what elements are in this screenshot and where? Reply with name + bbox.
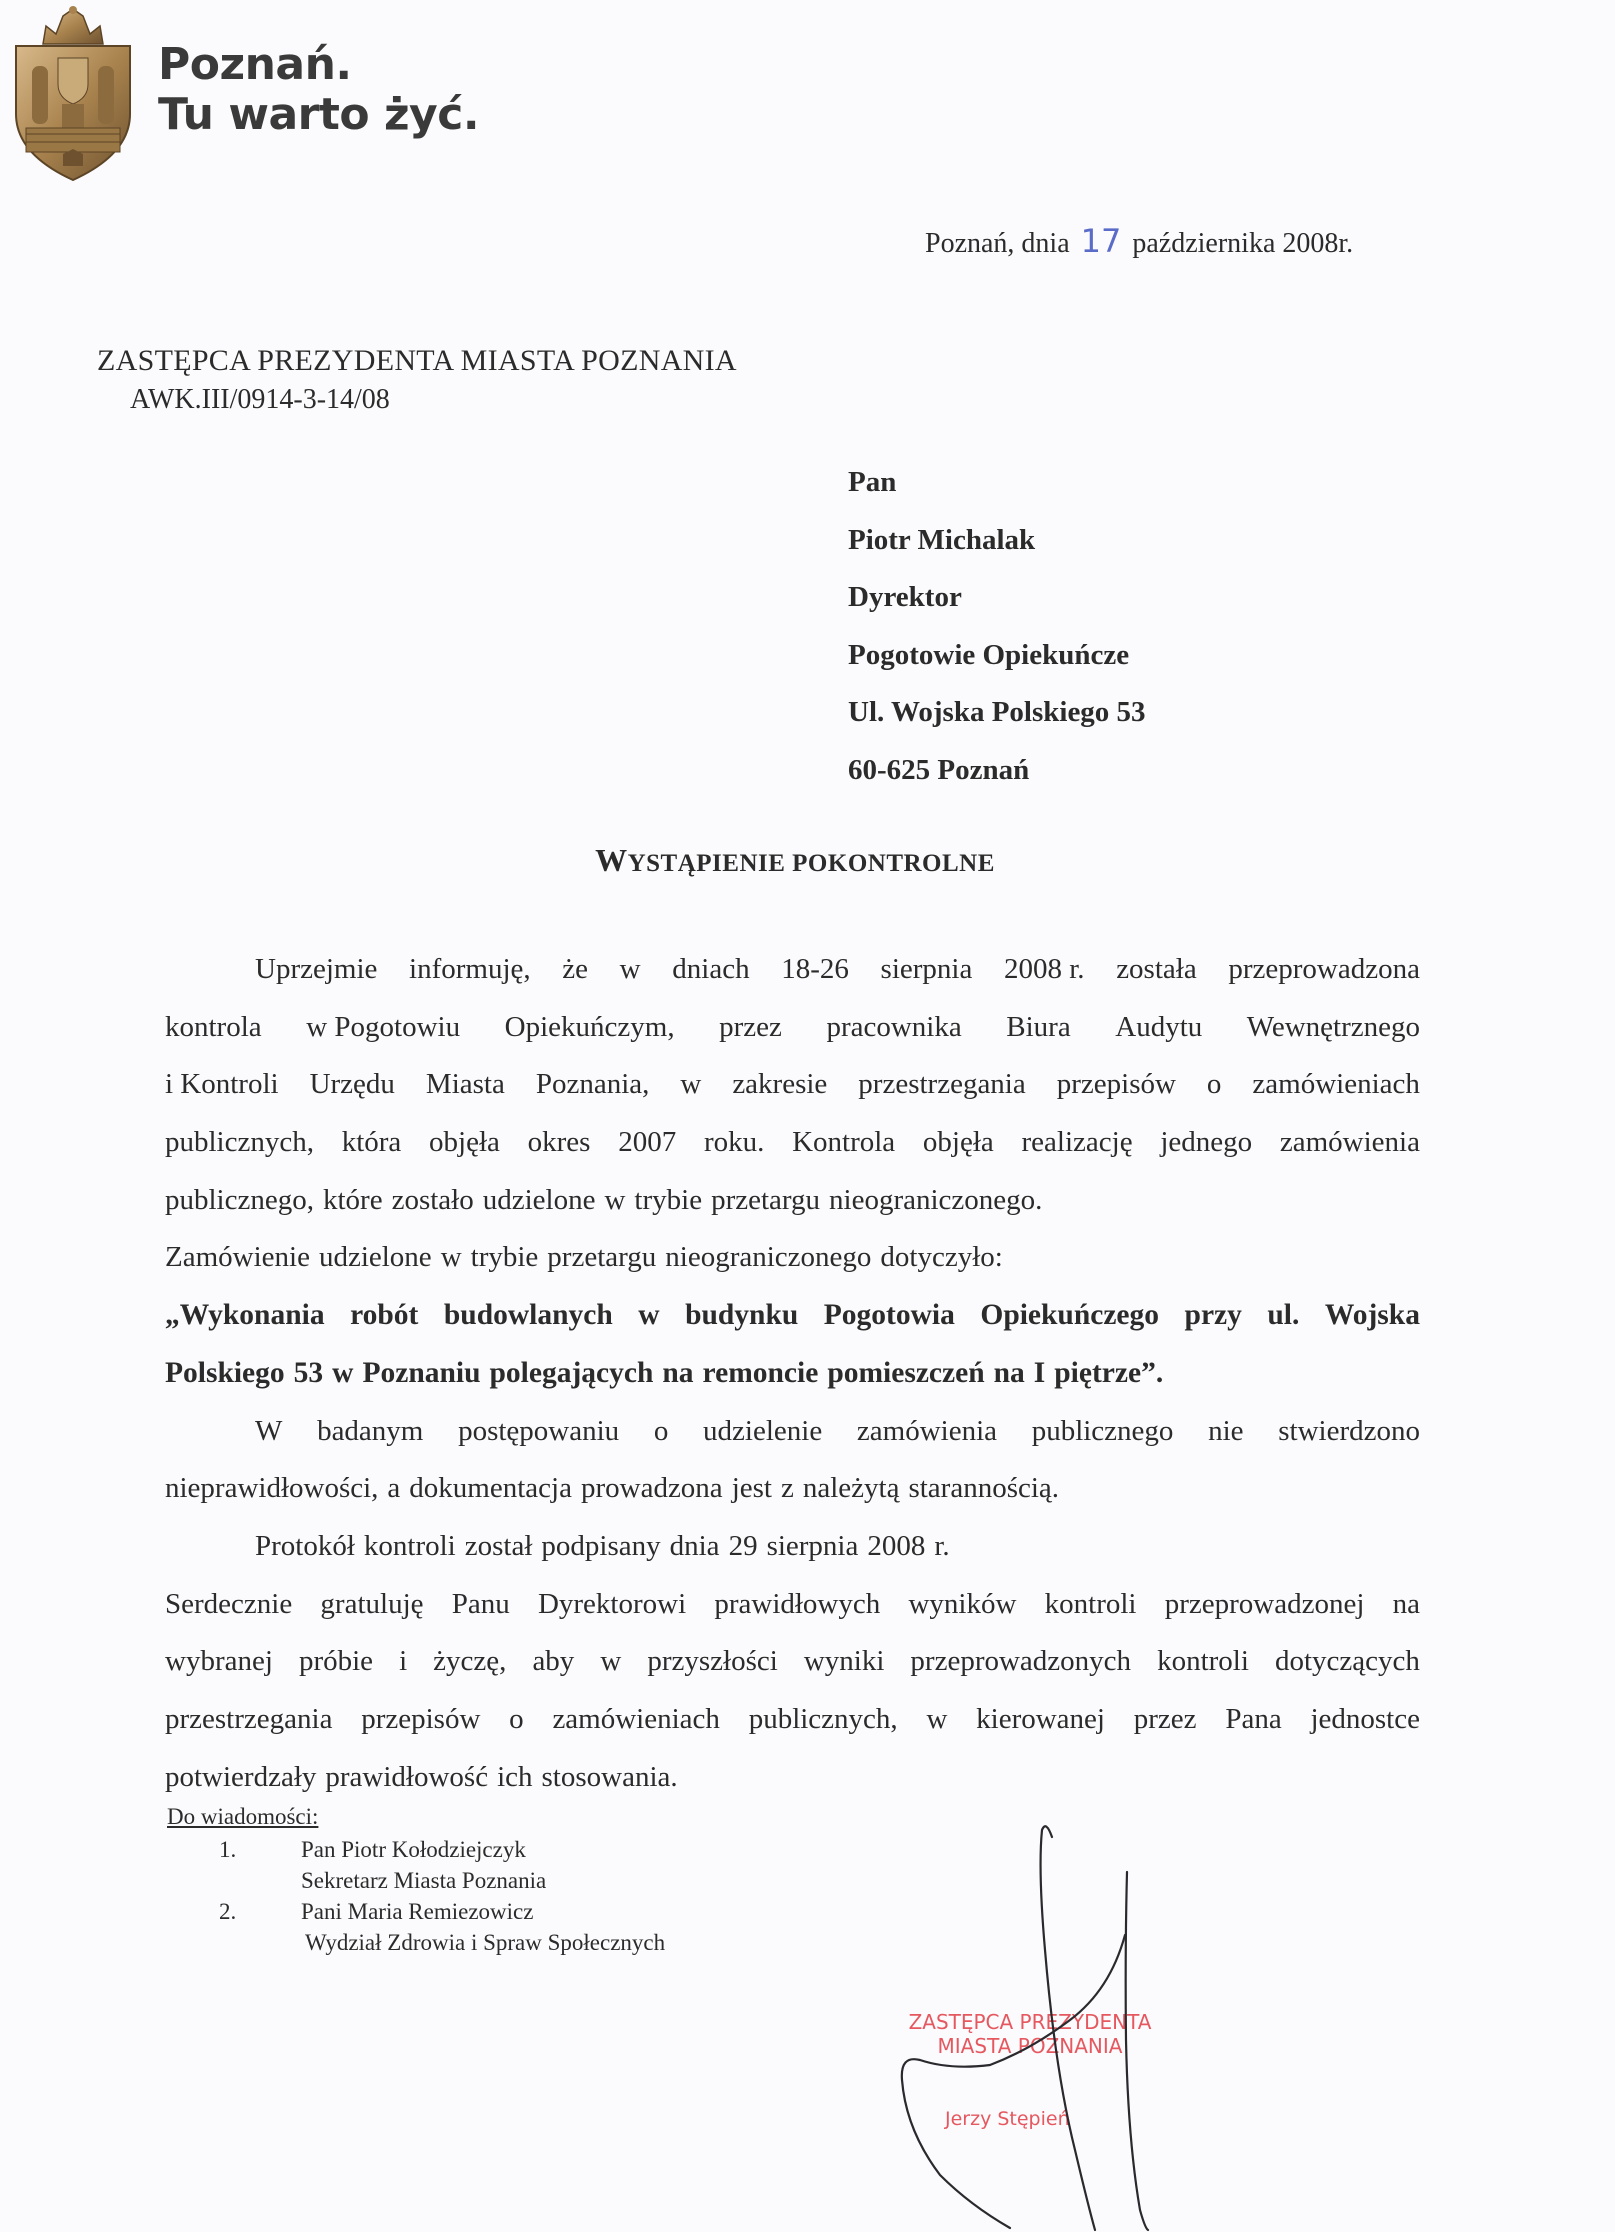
body-word: 18-26 xyxy=(781,948,849,1006)
body-word: Zamówienie xyxy=(165,1236,310,1294)
body-word: przepisów xyxy=(361,1698,480,1756)
body-word: próbie xyxy=(299,1640,373,1698)
body-word: r. xyxy=(934,1525,949,1583)
body-word: wyniki xyxy=(804,1640,885,1698)
body-word: przez xyxy=(719,1006,782,1064)
cc-item-role-row: Wydział Zdrowia i Spraw Społecznych xyxy=(167,1927,665,1958)
recipient-street: Ul. Wojska Polskiego 53 xyxy=(848,692,1146,750)
cc-item-name: Pan Piotr Kołodziejczyk xyxy=(271,1834,526,1865)
body-word: dotyczyło: xyxy=(880,1236,1002,1294)
body-word: budowlanych xyxy=(444,1294,613,1352)
cc-item-number: 2. xyxy=(167,1896,271,1927)
body-word: jest xyxy=(732,1467,772,1525)
recipient-address: Pan Piotr Michalak Dyrektor Pogotowie Op… xyxy=(848,462,1146,807)
body-word: która xyxy=(342,1121,402,1179)
body-word: Dyrektorowi xyxy=(538,1583,686,1641)
body-word: przy xyxy=(1185,1294,1242,1352)
body-line: przestrzeganiaprzepisówozamówieniachpubl… xyxy=(165,1698,1420,1756)
poznan-crest-icon xyxy=(8,4,138,182)
date-suffix: października 2008r. xyxy=(1132,228,1353,259)
cc-item-role: Sekretarz Miasta Poznania xyxy=(271,1865,546,1896)
body-word: pracownika xyxy=(826,1006,961,1064)
body-word: nieprawidłowości, xyxy=(165,1467,378,1525)
body-word: trybie xyxy=(634,1179,702,1237)
body-line: Protokółkontrolizostałpodpisanydnia29sie… xyxy=(165,1525,1420,1583)
body-word: nieograniczonego xyxy=(665,1236,871,1294)
body-word: kierowanej xyxy=(976,1698,1105,1756)
body-word: zostało xyxy=(392,1179,474,1237)
body-word: 29 xyxy=(729,1525,758,1583)
body-word: publicznych, xyxy=(749,1698,898,1756)
body-word: kontroli xyxy=(1157,1640,1249,1698)
body-word: życzę, xyxy=(433,1640,506,1698)
body-word: zamówienia xyxy=(1280,1121,1420,1179)
body-word: Wojska xyxy=(1325,1294,1420,1352)
heading-rest: YSTĄPIENIE POKONTROLNE xyxy=(628,850,995,877)
cc-item-role-row: Sekretarz Miasta Poznania xyxy=(167,1865,665,1896)
brand-line-city: Poznań. xyxy=(158,40,479,90)
body-word: w xyxy=(926,1698,947,1756)
body-word: a xyxy=(387,1467,400,1525)
body-line: Zamówienieudzielonewtrybie przetargunieo… xyxy=(165,1236,1420,1294)
body-word: I xyxy=(1034,1352,1045,1410)
body-word: publicznego xyxy=(1032,1410,1174,1468)
body-word: starannością. xyxy=(908,1467,1059,1525)
body-word: objęła xyxy=(429,1121,500,1179)
body-word: przez xyxy=(1134,1698,1197,1756)
body-word: i Kontroli xyxy=(165,1063,279,1121)
body-word: przetargu xyxy=(547,1236,656,1294)
body-word: kontroli xyxy=(1045,1583,1137,1641)
body-word: o xyxy=(509,1698,524,1756)
body-line: Uprzejmieinformuję,żewdniach18-26sierpni… xyxy=(165,948,1420,1006)
body-word: prawidłowych xyxy=(714,1583,880,1641)
body-word: publicznego, xyxy=(165,1179,314,1237)
date-day-handwritten: 17 xyxy=(1081,222,1122,260)
body-word: udzielone xyxy=(483,1179,596,1237)
body-word: w xyxy=(604,1179,625,1237)
body-word: Pana xyxy=(1225,1698,1281,1756)
body-word: o xyxy=(654,1410,669,1468)
body-word: prowadzona xyxy=(581,1467,723,1525)
letter-date: Poznań, dnia 17 października 2008r. xyxy=(925,222,1353,260)
body-word: stwierdzono xyxy=(1278,1410,1420,1468)
body-word: wyników xyxy=(908,1583,1016,1641)
body-word: Uprzejmie xyxy=(255,948,377,1006)
body-word: postępowaniu xyxy=(458,1410,619,1468)
body-word: realizację xyxy=(1022,1121,1133,1179)
body-line: Polskiego53wPoznaniupolegającychnaremonc… xyxy=(165,1352,1420,1410)
body-word: 2008 r. xyxy=(1004,948,1085,1006)
recipient-city: 60-625 Poznań xyxy=(848,750,1146,808)
body-word: Opiekuńczym, xyxy=(505,1006,675,1064)
body-word: przeprowadzona xyxy=(1228,948,1420,1006)
body-word: Miasta xyxy=(426,1063,505,1121)
body-line: kontrolaw PogotowiuOpiekuńczym,przezprac… xyxy=(165,1006,1420,1064)
body-word: Protokół xyxy=(255,1525,355,1583)
body-word: została xyxy=(1116,948,1197,1006)
body-word: polegających xyxy=(490,1352,654,1410)
body-word: Serdecznie xyxy=(165,1583,292,1641)
body-word: aby xyxy=(532,1640,574,1698)
body-word: dniach xyxy=(672,948,749,1006)
body-word: przeprowadzonej xyxy=(1165,1583,1365,1641)
body-word: jednego xyxy=(1160,1121,1252,1179)
body-word: w xyxy=(620,948,641,1006)
body-word: trybie xyxy=(471,1236,539,1294)
body-word: Opiekuńczego xyxy=(980,1294,1159,1352)
body-word: przestrzegania xyxy=(858,1063,1025,1121)
body-word: zamówieniach xyxy=(1252,1063,1419,1121)
body-word: że xyxy=(562,948,588,1006)
body-word: Audytu xyxy=(1115,1006,1202,1064)
body-line: nieprawidłowości,adokumentacjaprowadzona… xyxy=(165,1467,1420,1525)
brand-line-slogan: Tu warto żyć. xyxy=(158,90,479,140)
body-word: dokumentacja xyxy=(409,1467,572,1525)
body-word: przyszłości xyxy=(647,1640,777,1698)
body-word: przepisów xyxy=(1057,1063,1176,1121)
body-word: badanym xyxy=(317,1410,423,1468)
handwritten-signature-icon xyxy=(840,1810,1220,2232)
body-word: jednostce xyxy=(1310,1698,1420,1756)
body-word: budynku xyxy=(685,1294,798,1352)
body-word: sierpnia xyxy=(881,948,973,1006)
body-word: 2008 xyxy=(867,1525,925,1583)
body-word: w xyxy=(638,1294,659,1352)
body-word: sierpnia xyxy=(767,1525,859,1583)
body-word: Kontrola xyxy=(792,1121,895,1179)
reference-number: AWK.III/0914-3-14/08 xyxy=(130,384,390,416)
recipient-institution: Pogotowie Opiekuńcze xyxy=(848,635,1146,693)
cc-item-number: 1. xyxy=(167,1834,271,1865)
body-word: które xyxy=(323,1179,383,1237)
body-word: Panu xyxy=(452,1583,510,1641)
body-word: roku. xyxy=(704,1121,764,1179)
body-line: Wbadanympostępowaniuoudzieleniezamówieni… xyxy=(165,1410,1420,1468)
cc-item-role: Wydział Zdrowia i Spraw Społecznych xyxy=(271,1927,665,1958)
body-word: Polskiego xyxy=(165,1352,285,1410)
recipient-salutation: Pan xyxy=(848,462,1146,520)
cc-title: Do wiadomości: xyxy=(167,1800,665,1834)
body-word: dnia xyxy=(670,1525,720,1583)
body-word: ul. xyxy=(1267,1294,1299,1352)
body-line: „WykonaniarobótbudowlanychwbudynkuPogoto… xyxy=(165,1294,1420,1352)
body-word: pomieszczeń xyxy=(827,1352,984,1410)
body-line: publicznego,którezostałoudzielonewtrybie… xyxy=(165,1179,1420,1237)
body-word: Urzędu xyxy=(310,1063,395,1121)
body-word: robót xyxy=(350,1294,418,1352)
body-word: o xyxy=(1207,1063,1222,1121)
body-word: należytą xyxy=(803,1467,900,1525)
body-word: w Pogotowiu xyxy=(306,1006,460,1064)
body-word: Poznania, xyxy=(536,1063,650,1121)
body-word: przestrzegania xyxy=(165,1698,332,1756)
body-word: w xyxy=(600,1640,621,1698)
body-word: w xyxy=(680,1063,701,1121)
body-word: w xyxy=(441,1236,462,1294)
recipient-position: Dyrektor xyxy=(848,577,1146,635)
cc-list: Do wiadomości: 1. Pan Piotr Kołodziejczy… xyxy=(167,1800,665,1958)
heading-initial: W xyxy=(595,842,628,878)
body-word: publicznych, xyxy=(165,1121,314,1179)
body-word: nieograniczonego. xyxy=(829,1179,1042,1237)
body-word: informuję, xyxy=(409,948,531,1006)
body-word: zakresie xyxy=(732,1063,827,1121)
body-word: udzielenie xyxy=(703,1410,822,1468)
body-word: w xyxy=(332,1352,353,1410)
body-word: 53 xyxy=(294,1352,324,1410)
body-word: zamówienia xyxy=(857,1410,997,1468)
brand-slogan: Poznań. Tu warto żyć. xyxy=(158,40,479,140)
body-word: i xyxy=(399,1640,407,1698)
body-word: 2007 xyxy=(618,1121,676,1179)
date-prefix: Poznań, dnia xyxy=(925,228,1070,259)
body-word: dotyczących xyxy=(1275,1640,1420,1698)
body-word: Pogotowia xyxy=(824,1294,955,1352)
body-line: SerdeczniegratulujęPanuDyrektorowiprawid… xyxy=(165,1583,1420,1641)
body-word: W xyxy=(255,1410,282,1468)
document-heading: WYSTĄPIENIE POKONTROLNE xyxy=(0,842,1590,879)
body-word: przetargu xyxy=(711,1179,820,1237)
body-line: publicznych,któraobjęłaokres2007roku.Kon… xyxy=(165,1121,1420,1179)
body-word: Wewnętrznego xyxy=(1247,1006,1420,1064)
body-word: przeprowadzonych xyxy=(910,1640,1131,1698)
body-word: „Wykonania xyxy=(165,1294,325,1352)
body-word: na xyxy=(1393,1583,1420,1641)
cc-item: 2. Pani Maria Remiezowicz xyxy=(167,1896,665,1927)
body-word: objęła xyxy=(923,1121,994,1179)
body-word: remoncie xyxy=(703,1352,819,1410)
cc-item: 1. Pan Piotr Kołodziejczyk xyxy=(167,1834,665,1865)
body-word: okres xyxy=(528,1121,591,1179)
body-word: Biura xyxy=(1006,1006,1070,1064)
body-word: na xyxy=(994,1352,1025,1410)
body-word: Poznaniu xyxy=(362,1352,480,1410)
body-word: kontroli xyxy=(364,1525,456,1583)
recipient-name: Piotr Michalak xyxy=(848,520,1146,578)
letter-body: Uprzejmieinformuję,żewdniach18-26sierpni… xyxy=(165,948,1420,1813)
body-word: z xyxy=(781,1467,794,1525)
issuer-title: ZASTĘPCA PREZYDENTA MIASTA POZNANIA xyxy=(97,344,737,378)
body-word: zamówieniach xyxy=(552,1698,719,1756)
body-word: wybranej xyxy=(165,1640,273,1698)
body-word: piętrze”. xyxy=(1054,1352,1163,1410)
body-word: podpisany xyxy=(541,1525,660,1583)
body-line: wybranejpróbieiżyczę,abywprzyszłościwyni… xyxy=(165,1640,1420,1698)
body-word: kontrola xyxy=(165,1006,262,1064)
body-word: gratuluję xyxy=(320,1583,423,1641)
cc-item-name: Pani Maria Remiezowicz xyxy=(271,1896,533,1927)
body-word: na xyxy=(662,1352,693,1410)
body-word: udzielone xyxy=(319,1236,432,1294)
body-word: został xyxy=(465,1525,533,1583)
body-line: i KontroliUrzęduMiastaPoznania,wzakresie… xyxy=(165,1063,1420,1121)
body-word: nie xyxy=(1208,1410,1243,1468)
